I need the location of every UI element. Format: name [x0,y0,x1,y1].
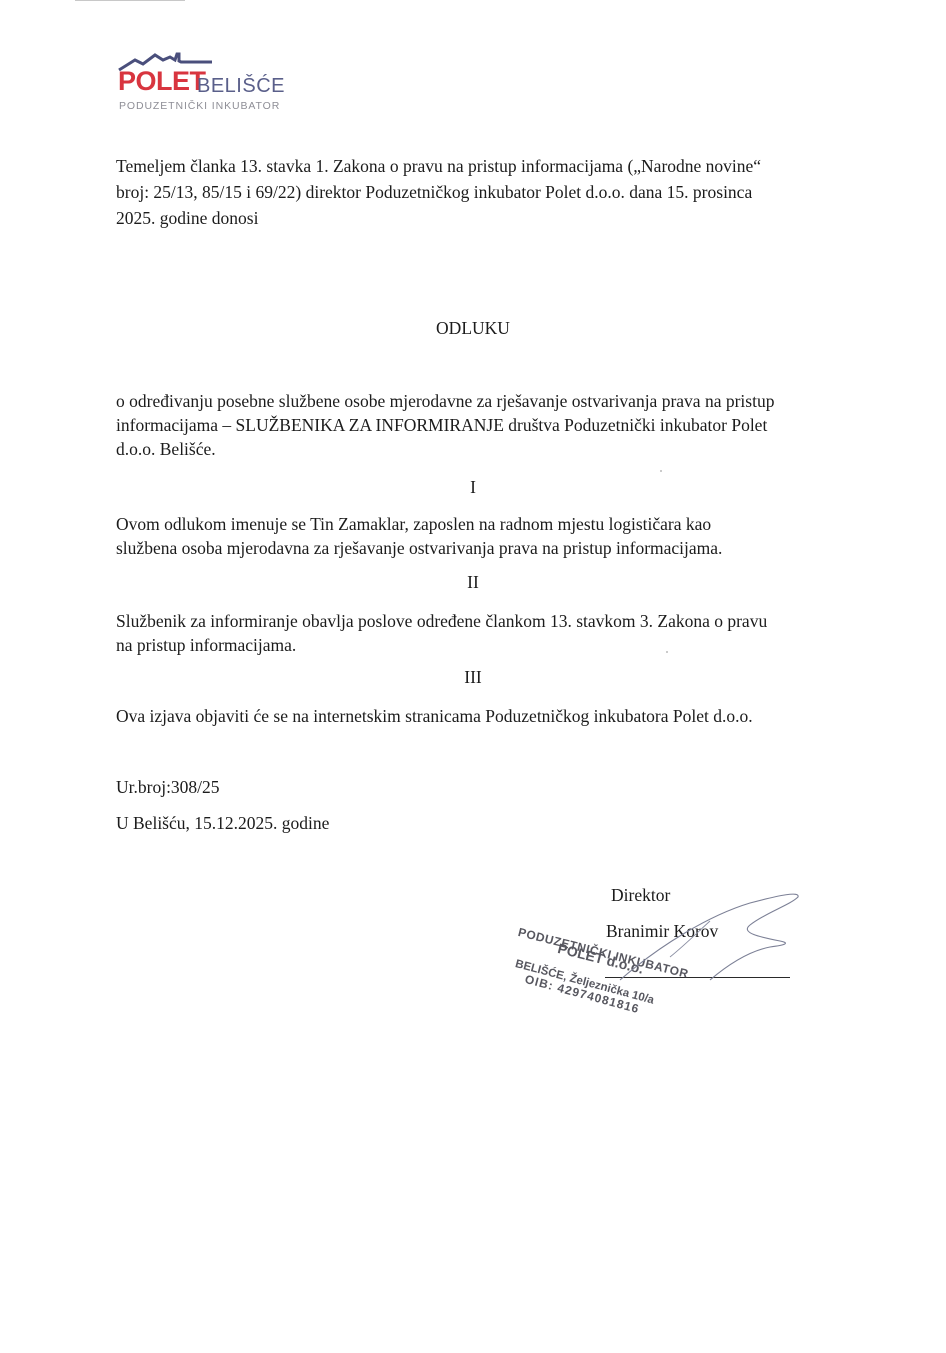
reference-number: Ur.broj:308/25 [116,775,846,799]
section-line: na pristup informacijama. [116,633,846,657]
company-logo: POLET BELIŠĆE PODUZETNIČKI INKUBATOR [117,52,317,118]
scan-artifact-line [75,0,185,1]
section-numeral: III [0,666,946,688]
scan-speck [666,651,668,653]
subject-line: informacijama – SLUŽBENIKA ZA INFORMIRAN… [116,413,846,437]
section-line: Ovom odlukom imenuje se Tin Zamaklar, za… [116,512,846,536]
section-line: Službenik za informiranje obavlja poslov… [116,609,846,633]
subject-line: d.o.o. Belišće. [116,437,846,461]
logo-city: BELIŠĆE [197,76,285,96]
company-stamp: PODUZETNIČKI INKUBATOR POLET d.o.o. BELI… [515,925,695,1035]
intro-line: Temeljem članka 13. stavka 1. Zakona o p… [116,154,846,178]
intro-line: 2025. godine donosi [116,206,846,230]
section-numeral: II [0,571,946,593]
signature-title: Direktor [611,884,670,906]
subject-line: o određivanju posebne službene osobe mje… [116,389,846,413]
scan-speck [660,470,662,472]
section-line: Ova izjava objaviti će se na internetski… [116,704,846,728]
intro-line: broj: 25/13, 85/15 i 69/22) direktor Pod… [116,180,846,204]
logo-subtitle: PODUZETNIČKI INKUBATOR [119,101,280,112]
logo-brand: POLET [118,68,206,95]
section-numeral: I [0,476,946,498]
document-heading: ODLUKU [0,317,946,339]
place-date: U Belišću, 15.12.2025. godine [116,811,846,835]
section-line: službena osoba mjerodavna za rješavanje … [116,536,846,560]
